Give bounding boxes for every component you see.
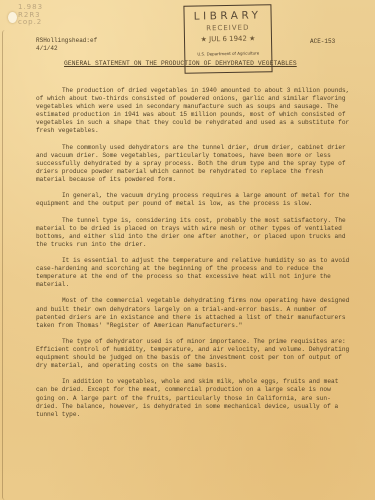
call-number-line: cop.2: [18, 19, 43, 27]
stamp-received: RECEIVED: [185, 23, 271, 32]
punch-hole: [8, 12, 17, 23]
date: 4/1/42: [36, 45, 97, 53]
stamp-date: ★ JUL 6 1942 ★: [185, 34, 271, 43]
paragraph: The commonly used dehydrators are the tu…: [36, 144, 351, 184]
memo-header: RSHollingshead:ef 4/1/42: [36, 37, 97, 53]
document-title: GENERAL STATEMENT ON THE PRODUCTION OF D…: [64, 60, 297, 67]
paragraph: Most of the commercial vegetable dehydra…: [36, 297, 351, 329]
author-line: RSHollingshead:ef: [36, 37, 97, 45]
document-body: The production of dried vegetables in 19…: [36, 87, 351, 427]
paragraph: The tunnel type is, considering its cost…: [36, 217, 351, 249]
paragraph: The production of dried vegetables in 19…: [36, 87, 351, 136]
stamp-library: LIBRARY: [185, 9, 271, 22]
call-number: 1.983 R2R3 cop.2: [18, 4, 43, 27]
paragraph: In general, the vacuum drying process re…: [36, 192, 351, 208]
torn-edge: [2, 30, 9, 500]
paragraph: The type of dehydrator used is of minor …: [36, 338, 351, 370]
document-number: ACE-153: [310, 38, 335, 45]
stamp-department: U.S. Department of Agriculture: [185, 50, 271, 57]
paragraph: In addition to vegetables, whole and ski…: [36, 378, 351, 418]
paragraph: It is essential to adjust the temperatur…: [36, 257, 351, 289]
document-page: 1.983 R2R3 cop.2 RSHollingshead:ef 4/1/4…: [0, 0, 375, 500]
